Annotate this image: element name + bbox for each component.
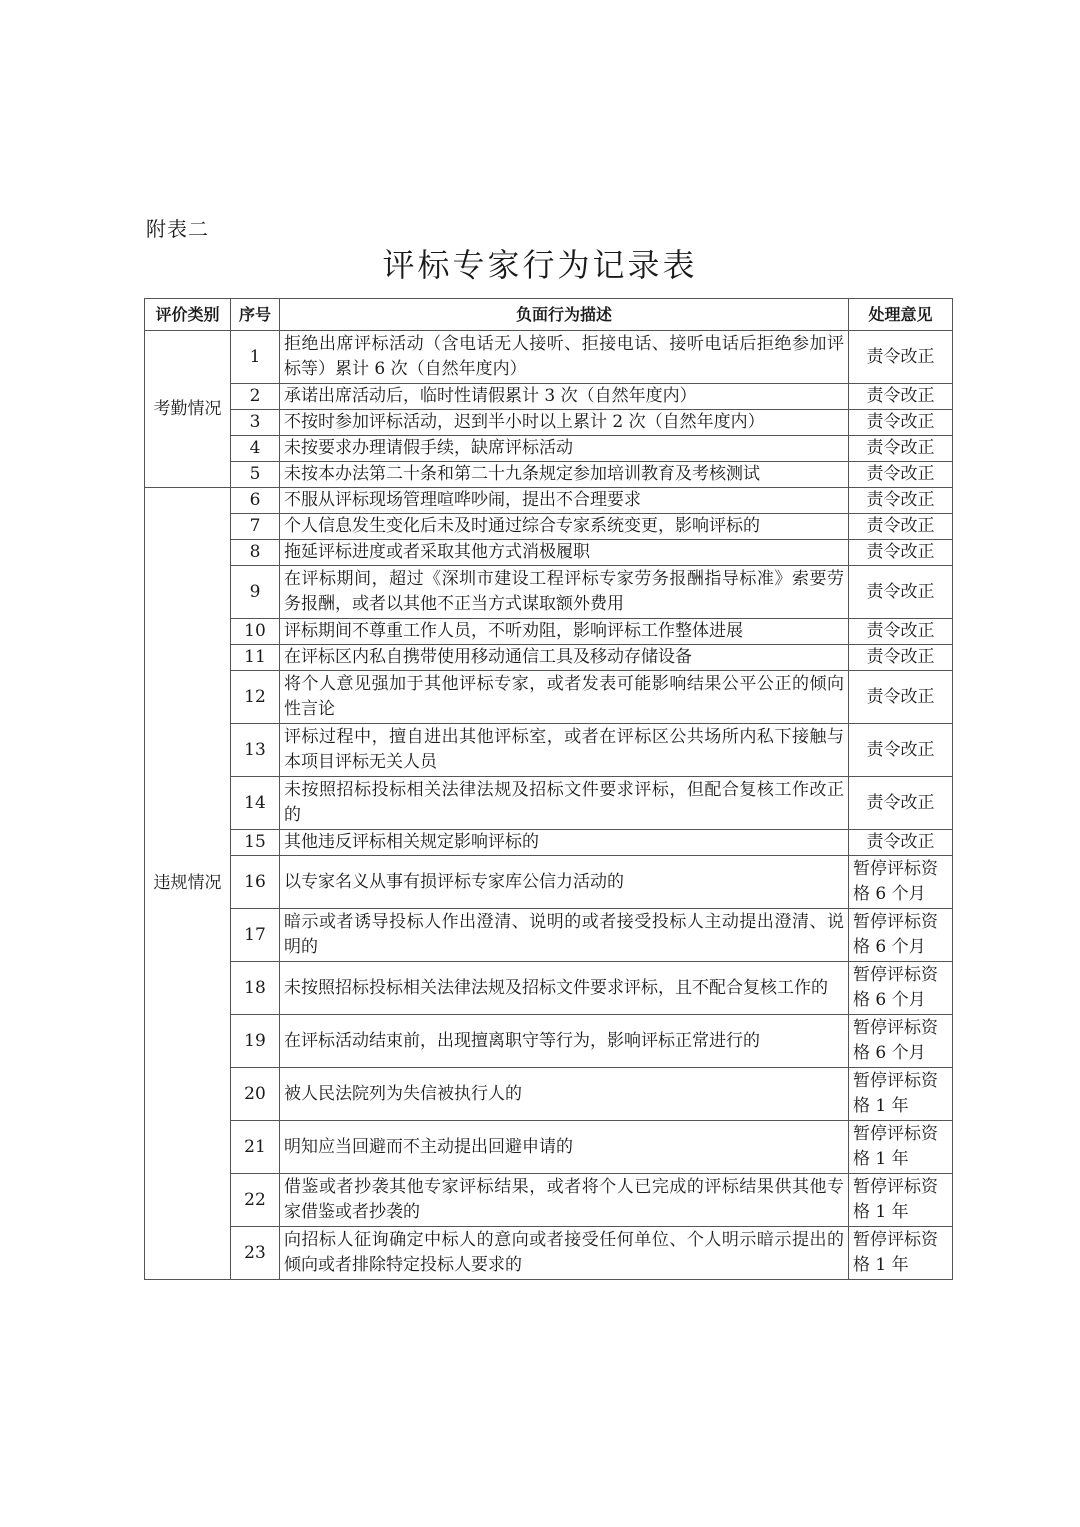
row-number: 21 bbox=[231, 1121, 280, 1174]
table-row: 9在评标期间，超过《深圳市建设工程评标专家劳务报酬指导标准》索要劳务报酬，或者以… bbox=[145, 566, 953, 619]
table-row: 13评标过程中，擅自进出其他评标室，或者在评标区公共场所内私下接触与本项目评标无… bbox=[145, 724, 953, 777]
table-row: 23向招标人征询确定中标人的意向或者接受任何单位、个人明示暗示提出的倾向或者排除… bbox=[145, 1227, 953, 1280]
behavior-description: 其他违反评标相关规定影响评标的 bbox=[280, 830, 849, 856]
handling-opinion: 责令改正 bbox=[849, 384, 953, 410]
handling-opinion: 暂停评标资格 6 个月 bbox=[849, 856, 953, 909]
table-row: 12将个人意见强加于其他评标专家，或者发表可能影响结果公平公正的倾向性言论责令改… bbox=[145, 671, 953, 724]
table-row: 考勤情况1拒绝出席评标活动（含电话无人接听、拒接电话、接听电话后拒绝参加评标等）… bbox=[145, 331, 953, 384]
page-title: 评标专家行为记录表 bbox=[0, 240, 1080, 286]
handling-opinion: 责令改正 bbox=[849, 410, 953, 436]
row-number: 23 bbox=[231, 1227, 280, 1280]
table-row: 22借鉴或者抄袭其他专家评标结果，或者将个人已完成的评标结果供其他专家借鉴或者抄… bbox=[145, 1174, 953, 1227]
handling-opinion: 暂停评标资格 6 个月 bbox=[849, 1015, 953, 1068]
behavior-description: 在评标期间，超过《深圳市建设工程评标专家劳务报酬指导标准》索要劳务报酬，或者以其… bbox=[280, 566, 849, 619]
behavior-description: 在评标区内私自携带使用移动通信工具及移动存储设备 bbox=[280, 645, 849, 671]
handling-opinion: 责令改正 bbox=[849, 462, 953, 488]
table-row: 10评标期间不尊重工作人员，不听劝阻，影响评标工作整体进展责令改正 bbox=[145, 619, 953, 645]
table-row: 4未按要求办理请假手续，缺席评标活动责令改正 bbox=[145, 436, 953, 462]
row-number: 12 bbox=[231, 671, 280, 724]
row-number: 18 bbox=[231, 962, 280, 1015]
header-category: 评价类别 bbox=[145, 299, 231, 331]
table-header-row: 评价类别 序号 负面行为描述 处理意见 bbox=[145, 299, 953, 331]
row-number: 6 bbox=[231, 488, 280, 514]
behavior-description: 拒绝出席评标活动（含电话无人接听、拒接电话、接听电话后拒绝参加评标等）累计 6 … bbox=[280, 331, 849, 384]
handling-opinion: 责令改正 bbox=[849, 619, 953, 645]
handling-opinion: 责令改正 bbox=[849, 331, 953, 384]
row-number: 11 bbox=[231, 645, 280, 671]
behavior-description: 以专家名义从事有损评标专家库公信力活动的 bbox=[280, 856, 849, 909]
row-number: 7 bbox=[231, 514, 280, 540]
behavior-description: 不按时参加评标活动，迟到半小时以上累计 2 次（自然年度内） bbox=[280, 410, 849, 436]
behavior-description: 借鉴或者抄袭其他专家评标结果，或者将个人已完成的评标结果供其他专家借鉴或者抄袭的 bbox=[280, 1174, 849, 1227]
handling-opinion: 责令改正 bbox=[849, 488, 953, 514]
row-number: 3 bbox=[231, 410, 280, 436]
handling-opinion: 责令改正 bbox=[849, 645, 953, 671]
row-number: 2 bbox=[231, 384, 280, 410]
handling-opinion: 暂停评标资格 6 个月 bbox=[849, 962, 953, 1015]
row-number: 20 bbox=[231, 1068, 280, 1121]
row-number: 22 bbox=[231, 1174, 280, 1227]
behavior-description: 明知应当回避而不主动提出回避申请的 bbox=[280, 1121, 849, 1174]
table-row: 15其他违反评标相关规定影响评标的责令改正 bbox=[145, 830, 953, 856]
row-number: 19 bbox=[231, 1015, 280, 1068]
table-row: 16以专家名义从事有损评标专家库公信力活动的暂停评标资格 6 个月 bbox=[145, 856, 953, 909]
behavior-description: 未按要求办理请假手续，缺席评标活动 bbox=[280, 436, 849, 462]
header-opinion: 处理意见 bbox=[849, 299, 953, 331]
header-number: 序号 bbox=[231, 299, 280, 331]
table-row: 18未按照招标投标相关法律法规及招标文件要求评标，且不配合复核工作的暂停评标资格… bbox=[145, 962, 953, 1015]
behavior-description: 拖延评标进度或者采取其他方式消极履职 bbox=[280, 540, 849, 566]
behavior-description: 未按照招标投标相关法律法规及招标文件要求评标，且不配合复核工作的 bbox=[280, 962, 849, 1015]
row-number: 13 bbox=[231, 724, 280, 777]
row-number: 15 bbox=[231, 830, 280, 856]
behavior-description: 承诺出席活动后，临时性请假累计 3 次（自然年度内） bbox=[280, 384, 849, 410]
table-row: 17暗示或者诱导投标人作出澄清、说明的或者接受投标人主动提出澄清、说明的暂停评标… bbox=[145, 909, 953, 962]
handling-opinion: 责令改正 bbox=[849, 830, 953, 856]
table-row: 2承诺出席活动后，临时性请假累计 3 次（自然年度内）责令改正 bbox=[145, 384, 953, 410]
table-row: 14未按照招标投标相关法律法规及招标文件要求评标，但配合复核工作改正的责令改正 bbox=[145, 777, 953, 830]
handling-opinion: 责令改正 bbox=[849, 724, 953, 777]
behavior-description: 将个人意见强加于其他评标专家，或者发表可能影响结果公平公正的倾向性言论 bbox=[280, 671, 849, 724]
row-number: 1 bbox=[231, 331, 280, 384]
handling-opinion: 责令改正 bbox=[849, 777, 953, 830]
behavior-description: 未按照招标投标相关法律法规及招标文件要求评标，但配合复核工作改正的 bbox=[280, 777, 849, 830]
table-row: 8拖延评标进度或者采取其他方式消极履职责令改正 bbox=[145, 540, 953, 566]
handling-opinion: 责令改正 bbox=[849, 514, 953, 540]
handling-opinion: 责令改正 bbox=[849, 671, 953, 724]
table-row: 11在评标区内私自携带使用移动通信工具及移动存储设备责令改正 bbox=[145, 645, 953, 671]
behavior-description: 被人民法院列为失信被执行人的 bbox=[280, 1068, 849, 1121]
handling-opinion: 暂停评标资格 6 个月 bbox=[849, 909, 953, 962]
behavior-description: 未按本办法第二十条和第二十九条规定参加培训教育及考核测试 bbox=[280, 462, 849, 488]
row-number: 4 bbox=[231, 436, 280, 462]
annex-label: 附表二 bbox=[146, 213, 209, 242]
row-number: 17 bbox=[231, 909, 280, 962]
category-cell: 考勤情况 bbox=[145, 331, 231, 488]
table-row: 20被人民法院列为失信被执行人的暂停评标资格 1 年 bbox=[145, 1068, 953, 1121]
handling-opinion: 责令改正 bbox=[849, 566, 953, 619]
behavior-description: 暗示或者诱导投标人作出澄清、说明的或者接受投标人主动提出澄清、说明的 bbox=[280, 909, 849, 962]
table-row: 5未按本办法第二十条和第二十九条规定参加培训教育及考核测试责令改正 bbox=[145, 462, 953, 488]
handling-opinion: 暂停评标资格 1 年 bbox=[849, 1174, 953, 1227]
row-number: 8 bbox=[231, 540, 280, 566]
row-number: 9 bbox=[231, 566, 280, 619]
behavior-description: 个人信息发生变化后未及时通过综合专家系统变更，影响评标的 bbox=[280, 514, 849, 540]
behavior-record-table: 评价类别 序号 负面行为描述 处理意见 考勤情况1拒绝出席评标活动（含电话无人接… bbox=[144, 298, 953, 1280]
handling-opinion: 暂停评标资格 1 年 bbox=[849, 1068, 953, 1121]
row-number: 16 bbox=[231, 856, 280, 909]
behavior-description: 评标过程中，擅自进出其他评标室，或者在评标区公共场所内私下接触与本项目评标无关人… bbox=[280, 724, 849, 777]
handling-opinion: 暂停评标资格 1 年 bbox=[849, 1121, 953, 1174]
behavior-description: 评标期间不尊重工作人员，不听劝阻，影响评标工作整体进展 bbox=[280, 619, 849, 645]
table-row: 3不按时参加评标活动，迟到半小时以上累计 2 次（自然年度内）责令改正 bbox=[145, 410, 953, 436]
row-number: 5 bbox=[231, 462, 280, 488]
table-row: 7个人信息发生变化后未及时通过综合专家系统变更，影响评标的责令改正 bbox=[145, 514, 953, 540]
header-description: 负面行为描述 bbox=[280, 299, 849, 331]
table-row: 违规情况6不服从评标现场管理喧哗吵闹，提出不合理要求责令改正 bbox=[145, 488, 953, 514]
table-row: 19在评标活动结束前，出现擅离职守等行为，影响评标正常进行的暂停评标资格 6 个… bbox=[145, 1015, 953, 1068]
category-cell: 违规情况 bbox=[145, 488, 231, 1280]
row-number: 14 bbox=[231, 777, 280, 830]
handling-opinion: 责令改正 bbox=[849, 436, 953, 462]
handling-opinion: 责令改正 bbox=[849, 540, 953, 566]
behavior-description: 向招标人征询确定中标人的意向或者接受任何单位、个人明示暗示提出的倾向或者排除特定… bbox=[280, 1227, 849, 1280]
behavior-description: 在评标活动结束前，出现擅离职守等行为，影响评标正常进行的 bbox=[280, 1015, 849, 1068]
behavior-description: 不服从评标现场管理喧哗吵闹，提出不合理要求 bbox=[280, 488, 849, 514]
table-row: 21明知应当回避而不主动提出回避申请的暂停评标资格 1 年 bbox=[145, 1121, 953, 1174]
handling-opinion: 暂停评标资格 1 年 bbox=[849, 1227, 953, 1280]
row-number: 10 bbox=[231, 619, 280, 645]
